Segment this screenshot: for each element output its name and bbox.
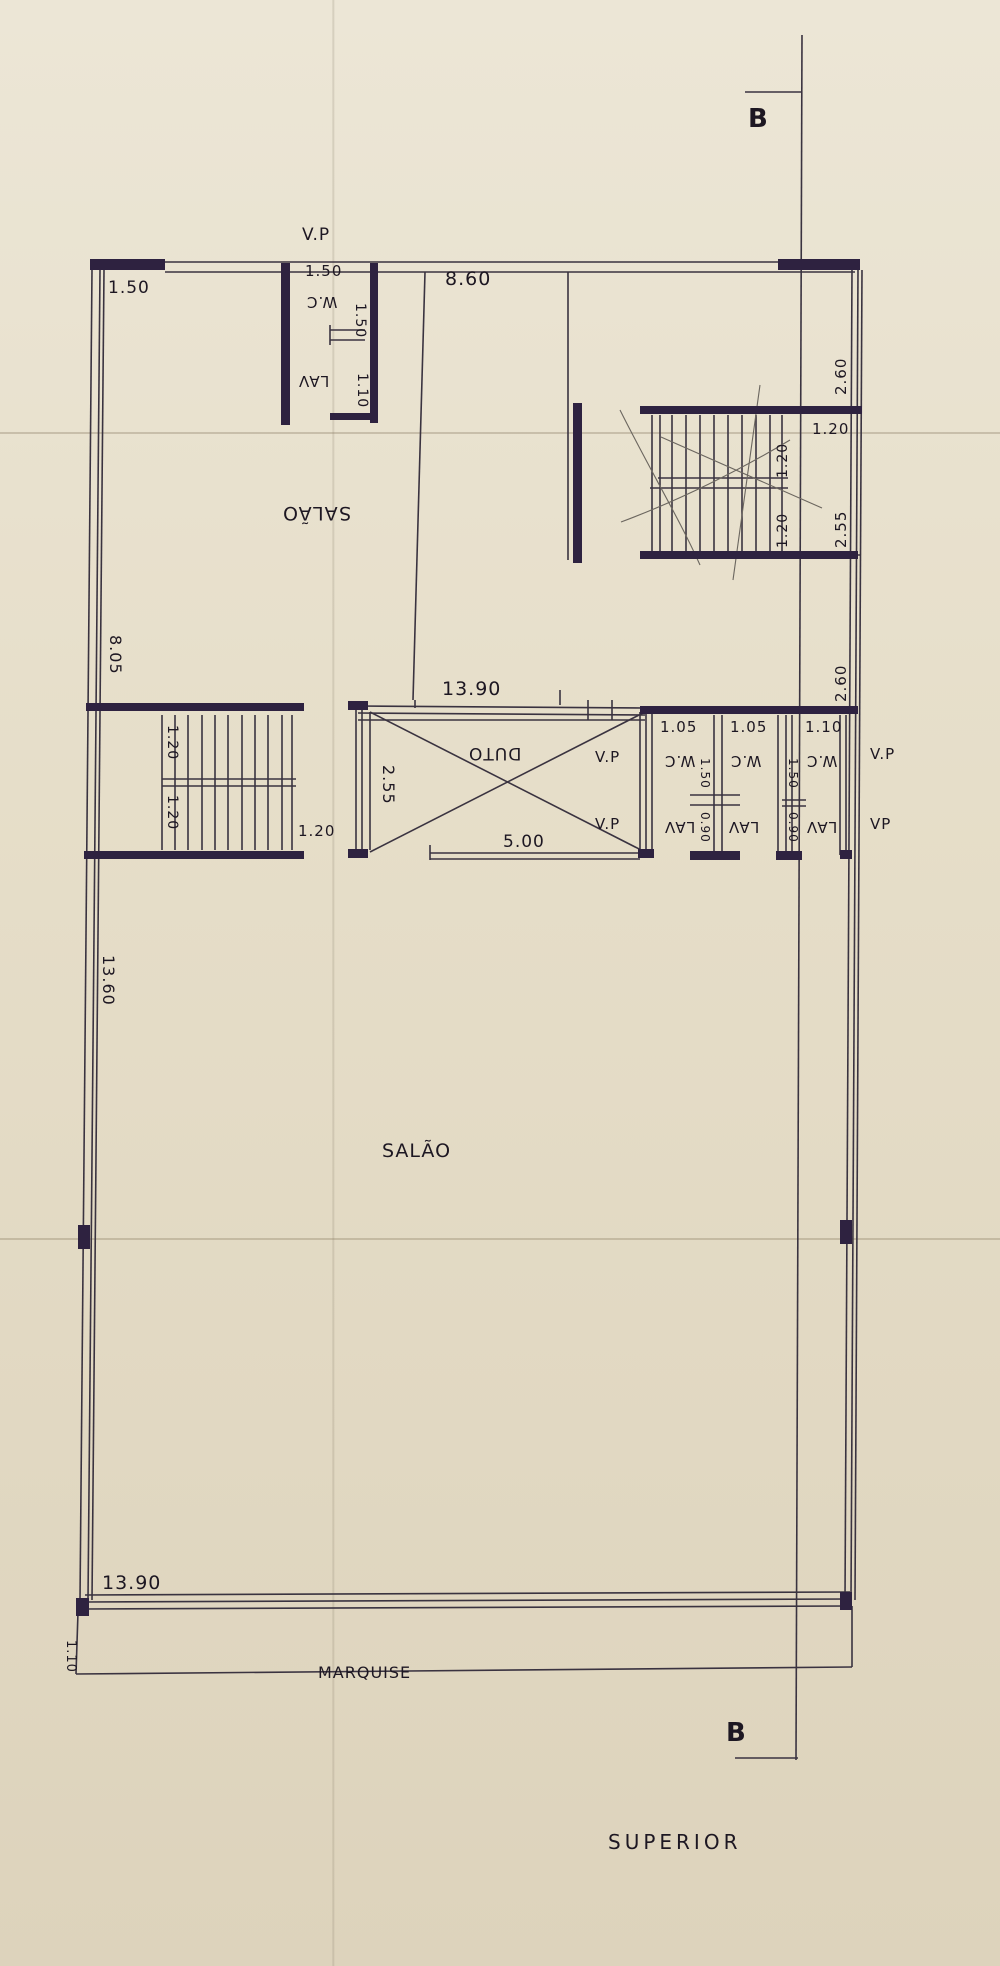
dim-duto-side: 2.55	[379, 765, 398, 805]
dim-left-stair-run-1: 1.20	[164, 725, 180, 760]
dim-bottom-width: 13.90	[102, 1572, 161, 1594]
room-lav-3: LAV	[806, 818, 837, 836]
room-wc-2: W.C	[730, 752, 761, 770]
dim-left-lower: 13.60	[99, 955, 118, 1006]
vp-label-right-2: VP	[870, 815, 891, 833]
dim-wc-partition-2: 1.50	[786, 758, 800, 789]
dim-right-mid: 2.60	[832, 665, 850, 702]
room-lav-2: LAV	[728, 818, 759, 836]
dim-duto-bottom: 5.00	[503, 832, 545, 852]
room-duto: DUTO	[468, 743, 521, 763]
room-salao-upper: SALÃO	[282, 502, 351, 524]
dim-wc-top-lav: 1.10	[354, 373, 370, 408]
marquise-label: MARQUISE	[318, 1663, 411, 1682]
dim-right-stair-run-2: 1.20	[775, 513, 791, 548]
room-lav-top: LAV	[298, 372, 329, 390]
dim-wc-top-width: 1.50	[305, 262, 342, 280]
dim-wc-top-depth: 1.50	[352, 303, 368, 338]
vp-label-right-1: V.P	[870, 745, 895, 763]
room-salao-lower: SALÃO	[382, 1140, 451, 1162]
dim-lav-partition-2: 0.90	[786, 812, 800, 843]
dim-wc3-width: 1.10	[805, 718, 842, 736]
dim-wc-partition-1: 1.50	[698, 758, 712, 789]
dim-right-stair-run-1: 1.20	[775, 443, 791, 478]
dim-left-stair-run-2: 1.20	[164, 795, 180, 830]
dim-duto-top: 13.90	[442, 678, 501, 700]
section-mark-bottom: B	[726, 1718, 747, 1748]
dim-right-stair-landing: 1.20	[812, 420, 849, 438]
dim-top-span: 8.60	[445, 268, 491, 290]
dim-left-stair-landing: 1.20	[298, 822, 335, 840]
dim-top-left: 1.50	[108, 278, 150, 298]
room-wc-top: W.C	[306, 293, 337, 311]
section-mark-top: B	[748, 104, 769, 134]
dim-wc2-width: 1.05	[730, 718, 767, 736]
vp-label-duto-1: V.P	[595, 748, 620, 766]
dim-wc1-width: 1.05	[660, 718, 697, 736]
dim-lav-partition-1: 0.90	[698, 812, 712, 843]
vp-label-top: V.P	[302, 225, 330, 245]
vp-label-duto-2: V.P	[595, 815, 620, 833]
room-wc-3: W.C	[806, 752, 837, 770]
dim-left-upper: 8.05	[106, 635, 125, 675]
room-lav-1: LAV	[664, 818, 695, 836]
section-line	[796, 35, 802, 1760]
floor-title: SUPERIOR	[608, 1830, 741, 1854]
dim-marquise-depth: 1.10	[63, 1640, 78, 1673]
dim-right-upper: 2.60	[832, 358, 850, 395]
dim-right-stair-depth: 2.55	[832, 511, 850, 548]
room-wc-1: W.C	[664, 752, 695, 770]
floor-plan-drawing	[0, 0, 1000, 1966]
